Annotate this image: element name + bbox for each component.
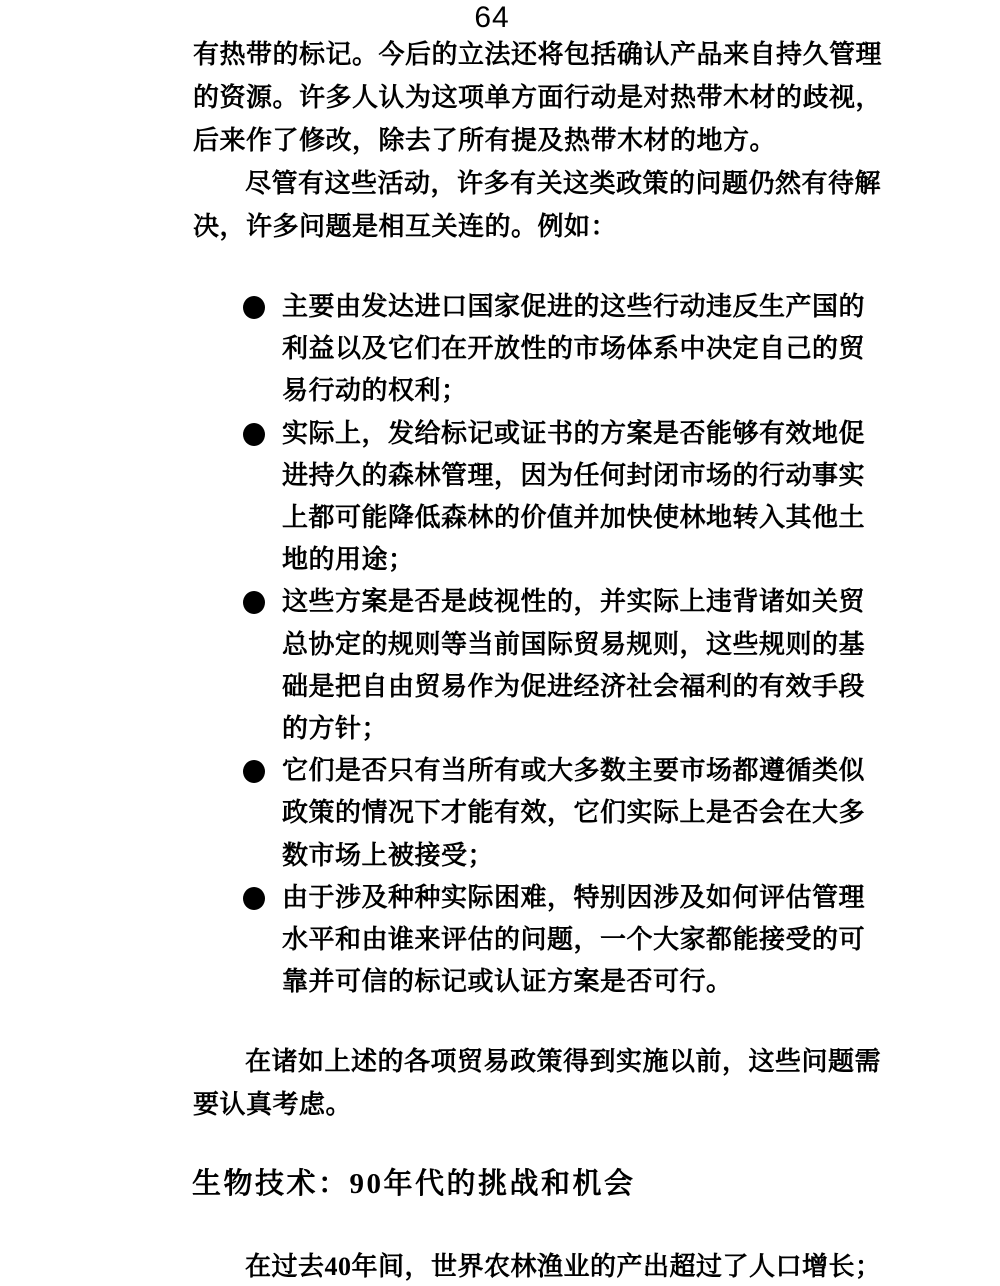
bullet-item: 实际上，发给标记或证书的方案是否能够有效地促 进持久的森林管理，因为任何封闭市场… [193,413,889,582]
bullet-item: 主要由发达进口国家促进的这些行动违反生产国的 利益以及它们在开放性的市场体系中决… [193,286,889,413]
bullet-line: 政策的情况下才能有效，它们实际上是否会在大多 [282,792,889,834]
bullet-icon [243,296,265,319]
section-heading: 生物技术：90年代的挑战和机会 [192,1161,636,1202]
text-line: 要认真考虑。 [193,1083,889,1126]
bullet-line: 地的用途； [282,539,889,581]
bullet-line: 易行动的权利； [282,370,889,412]
page-number: 64 [0,1,984,35]
bullet-line: 利益以及它们在开放性的市场体系中决定自己的贸 [282,328,889,370]
bullet-line: 靠并可信的标记或认证方案是否可行。 [282,961,889,1003]
bullet-line: 实际上，发给标记或证书的方案是否能够有效地促 [282,413,889,455]
bullet-line: 总协定的规则等当前国际贸易规则，这些规则的基 [282,624,889,666]
bullet-line: 上都可能降低森林的价值并加快使林地转入其他土 [282,497,889,539]
text-line: 尽管有这些活动，许多有关这类政策的问题仍然有待解 [193,162,889,205]
bullet-line: 这些方案是否是歧视性的，并实际上违背诸如关贸 [282,581,889,623]
text-line: 的资源。许多人认为这项单方面行动是对热带木材的歧视， [193,76,889,119]
text-line: 决，许多问题是相互关连的。例如： [193,205,889,248]
closing-paragraph: 在诸如上述的各项贸易政策得到实施以前，这些问题需 要认真考虑。 [193,1040,889,1126]
bullet-icon [243,887,265,910]
bullet-line: 础是把自由贸易作为促进经济社会福利的有效手段 [282,666,889,708]
text-line: 后来作了修改，除去了所有提及热带木材的地方。 [193,119,889,162]
bullet-item: 这些方案是否是歧视性的，并实际上违背诸如关贸 总协定的规则等当前国际贸易规则，这… [193,581,889,750]
bullet-icon [243,423,265,446]
bullet-line: 的方针； [282,708,889,750]
bullet-item: 它们是否只有当所有或大多数主要市场都遵循类似 政策的情况下才能有效，它们实际上是… [193,750,889,877]
bullet-line: 主要由发达进口国家促进的这些行动违反生产国的 [282,286,889,328]
bullet-line: 进持久的森林管理，因为任何封闭市场的行动事实 [282,455,889,497]
bullet-line: 数市场上被接受； [282,835,889,877]
document-page: 64 有热带的标记。今后的立法还将包括确认产品来自持久管理 的资源。许多人认为这… [0,0,1000,1286]
bullet-icon [243,591,265,614]
next-section-paragraph: 在过去40年间，世界农林渔业的产出超过了人口增长； [193,1245,889,1286]
bullet-list: 主要由发达进口国家促进的这些行动违反生产国的 利益以及它们在开放性的市场体系中决… [193,286,889,1003]
bullet-line: 它们是否只有当所有或大多数主要市场都遵循类似 [282,750,889,792]
bullet-item: 由于涉及种种实际困难，特别因涉及如何评估管理 水平和由谁来评估的问题，一个大家都… [193,877,889,1004]
bullet-line: 水平和由谁来评估的问题，一个大家都能接受的可 [282,919,889,961]
intro-paragraphs: 有热带的标记。今后的立法还将包括确认产品来自持久管理 的资源。许多人认为这项单方… [193,33,889,248]
text-line: 在过去40年间，世界农林渔业的产出超过了人口增长； [193,1245,889,1286]
text-line: 在诸如上述的各项贸易政策得到实施以前，这些问题需 [193,1040,889,1083]
bullet-line: 由于涉及种种实际困难，特别因涉及如何评估管理 [282,877,889,919]
text-line: 有热带的标记。今后的立法还将包括确认产品来自持久管理 [193,33,889,76]
bullet-icon [243,760,265,783]
